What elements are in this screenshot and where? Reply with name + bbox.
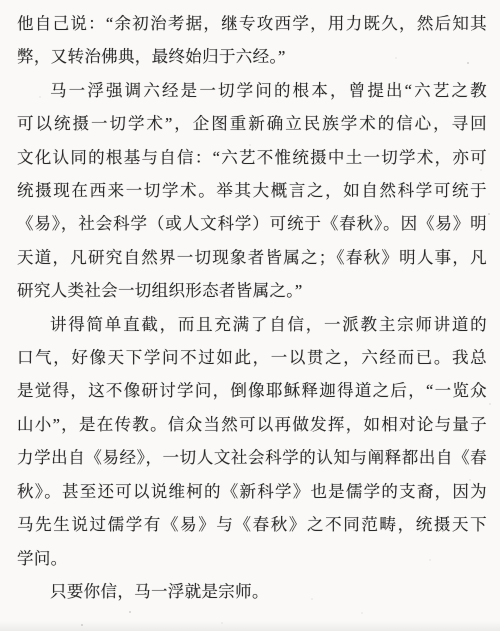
text-line-7: 《易》，社会科学（或人文科学）可统于《春秋》。因《易》明 xyxy=(17,207,487,240)
text-line-4: 可以统摄一切学术”，企图重新确立民族学术的信心，寻回 xyxy=(17,107,487,140)
text-line-16: 马先生说过儒学有《易》与《春秋》之不同范畴，统摄天下 xyxy=(17,508,487,541)
text-line-15: 秋》。甚至还可以说维柯的《新科学》也是儒学的支裔，因为 xyxy=(17,475,487,508)
text-line-14: 力学出自《易经》，一切人文社会科学的认知与阐释都出自《春 xyxy=(17,441,487,474)
text-line-11: 口气，好像天下学问不过如此，一以贯之，六经而已。我总 xyxy=(17,341,487,374)
text-line-12: 是觉得，这不像研讨学问，倒像耶稣释迦得道之后，“一览众 xyxy=(17,374,487,407)
text-line-9: 研究人类社会一切组织形态者皆属之。” xyxy=(17,274,487,307)
text-line-8: 天道，凡研究自然界一切现象者皆属之；《春秋》明人事，凡 xyxy=(17,241,487,274)
text-line-18: 只要你信，马一浮就是宗师。 xyxy=(17,575,487,608)
text-line-3: 马一浮强调六经是一切学问的根本，曾提出“六艺之教 xyxy=(17,74,487,107)
text-line-17: 学问。 xyxy=(17,542,487,575)
scanned-page: 他自己说：“余初治考据，继专攻西学，用力既久，然后知其弊，又转治佛典，最终始归于… xyxy=(0,0,500,631)
text-line-6: 统摄现在西来一切学术。举其大概言之，如自然科学可统于 xyxy=(17,174,487,207)
text-line-5: 文化认同的根基与自信：“六艺不惟统摄中土一切学术，亦可 xyxy=(17,141,487,174)
text-line-13: 山小”，是在传教。信众当然可以再做发挥，如相对论与量子 xyxy=(17,408,487,441)
text-line-10: 讲得简单直截，而且充满了自信，一派教主宗师讲道的 xyxy=(17,308,487,341)
page-bottom-shadow xyxy=(0,621,500,631)
text-line-1: 他自己说：“余初治考据，继专攻西学，用力既久，然后知其 xyxy=(17,7,487,40)
text-line-2: 弊，又转治佛典，最终始归于六经。” xyxy=(17,40,487,73)
body-text: 他自己说：“余初治考据，继专攻西学，用力既久，然后知其弊，又转治佛典，最终始归于… xyxy=(17,7,487,608)
